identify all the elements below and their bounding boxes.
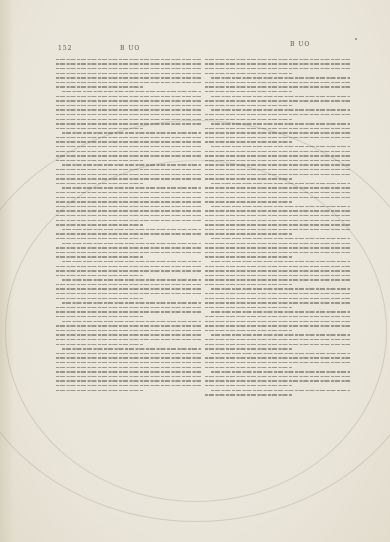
entry-paragraph — [56, 57, 201, 89]
entry-paragraph — [56, 300, 201, 318]
entry-paragraph — [56, 259, 201, 277]
spine-shadow — [0, 0, 14, 542]
entry-paragraph — [56, 278, 201, 301]
scanned-book-page: 152 B UO B UO — [0, 0, 390, 542]
entry-paragraph — [56, 346, 201, 392]
header-left-word: B UO — [120, 45, 140, 52]
text-line — [56, 388, 201, 393]
entry-paragraph — [205, 369, 350, 387]
entry-paragraph — [205, 236, 350, 259]
entry-paragraph — [205, 57, 350, 75]
text-line — [205, 392, 350, 397]
speck — [355, 38, 357, 40]
entry-paragraph — [205, 75, 350, 93]
page-number: 152 — [58, 45, 72, 52]
entry-paragraph — [205, 181, 350, 204]
entry-paragraph — [205, 351, 350, 369]
left-column — [56, 57, 201, 392]
entry-paragraph — [205, 310, 350, 333]
entry-paragraph — [56, 241, 201, 259]
entry-paragraph — [205, 388, 350, 397]
running-header: 152 B UO B UO — [58, 45, 358, 55]
right-column — [205, 57, 350, 397]
entry-paragraph — [205, 108, 350, 122]
entry-paragraph — [205, 204, 350, 236]
entry-paragraph — [56, 131, 201, 163]
entry-paragraph — [56, 89, 201, 130]
entry-paragraph — [205, 144, 350, 181]
entry-paragraph — [56, 319, 201, 347]
entry-paragraph — [205, 259, 350, 287]
entry-paragraph — [205, 94, 350, 108]
entry-paragraph — [205, 287, 350, 310]
header-right-word: B UO — [290, 41, 310, 48]
entry-paragraph — [205, 333, 350, 351]
entry-paragraph — [56, 227, 201, 241]
entry-paragraph — [56, 163, 201, 186]
entry-paragraph — [205, 121, 350, 144]
entry-paragraph — [56, 186, 201, 227]
